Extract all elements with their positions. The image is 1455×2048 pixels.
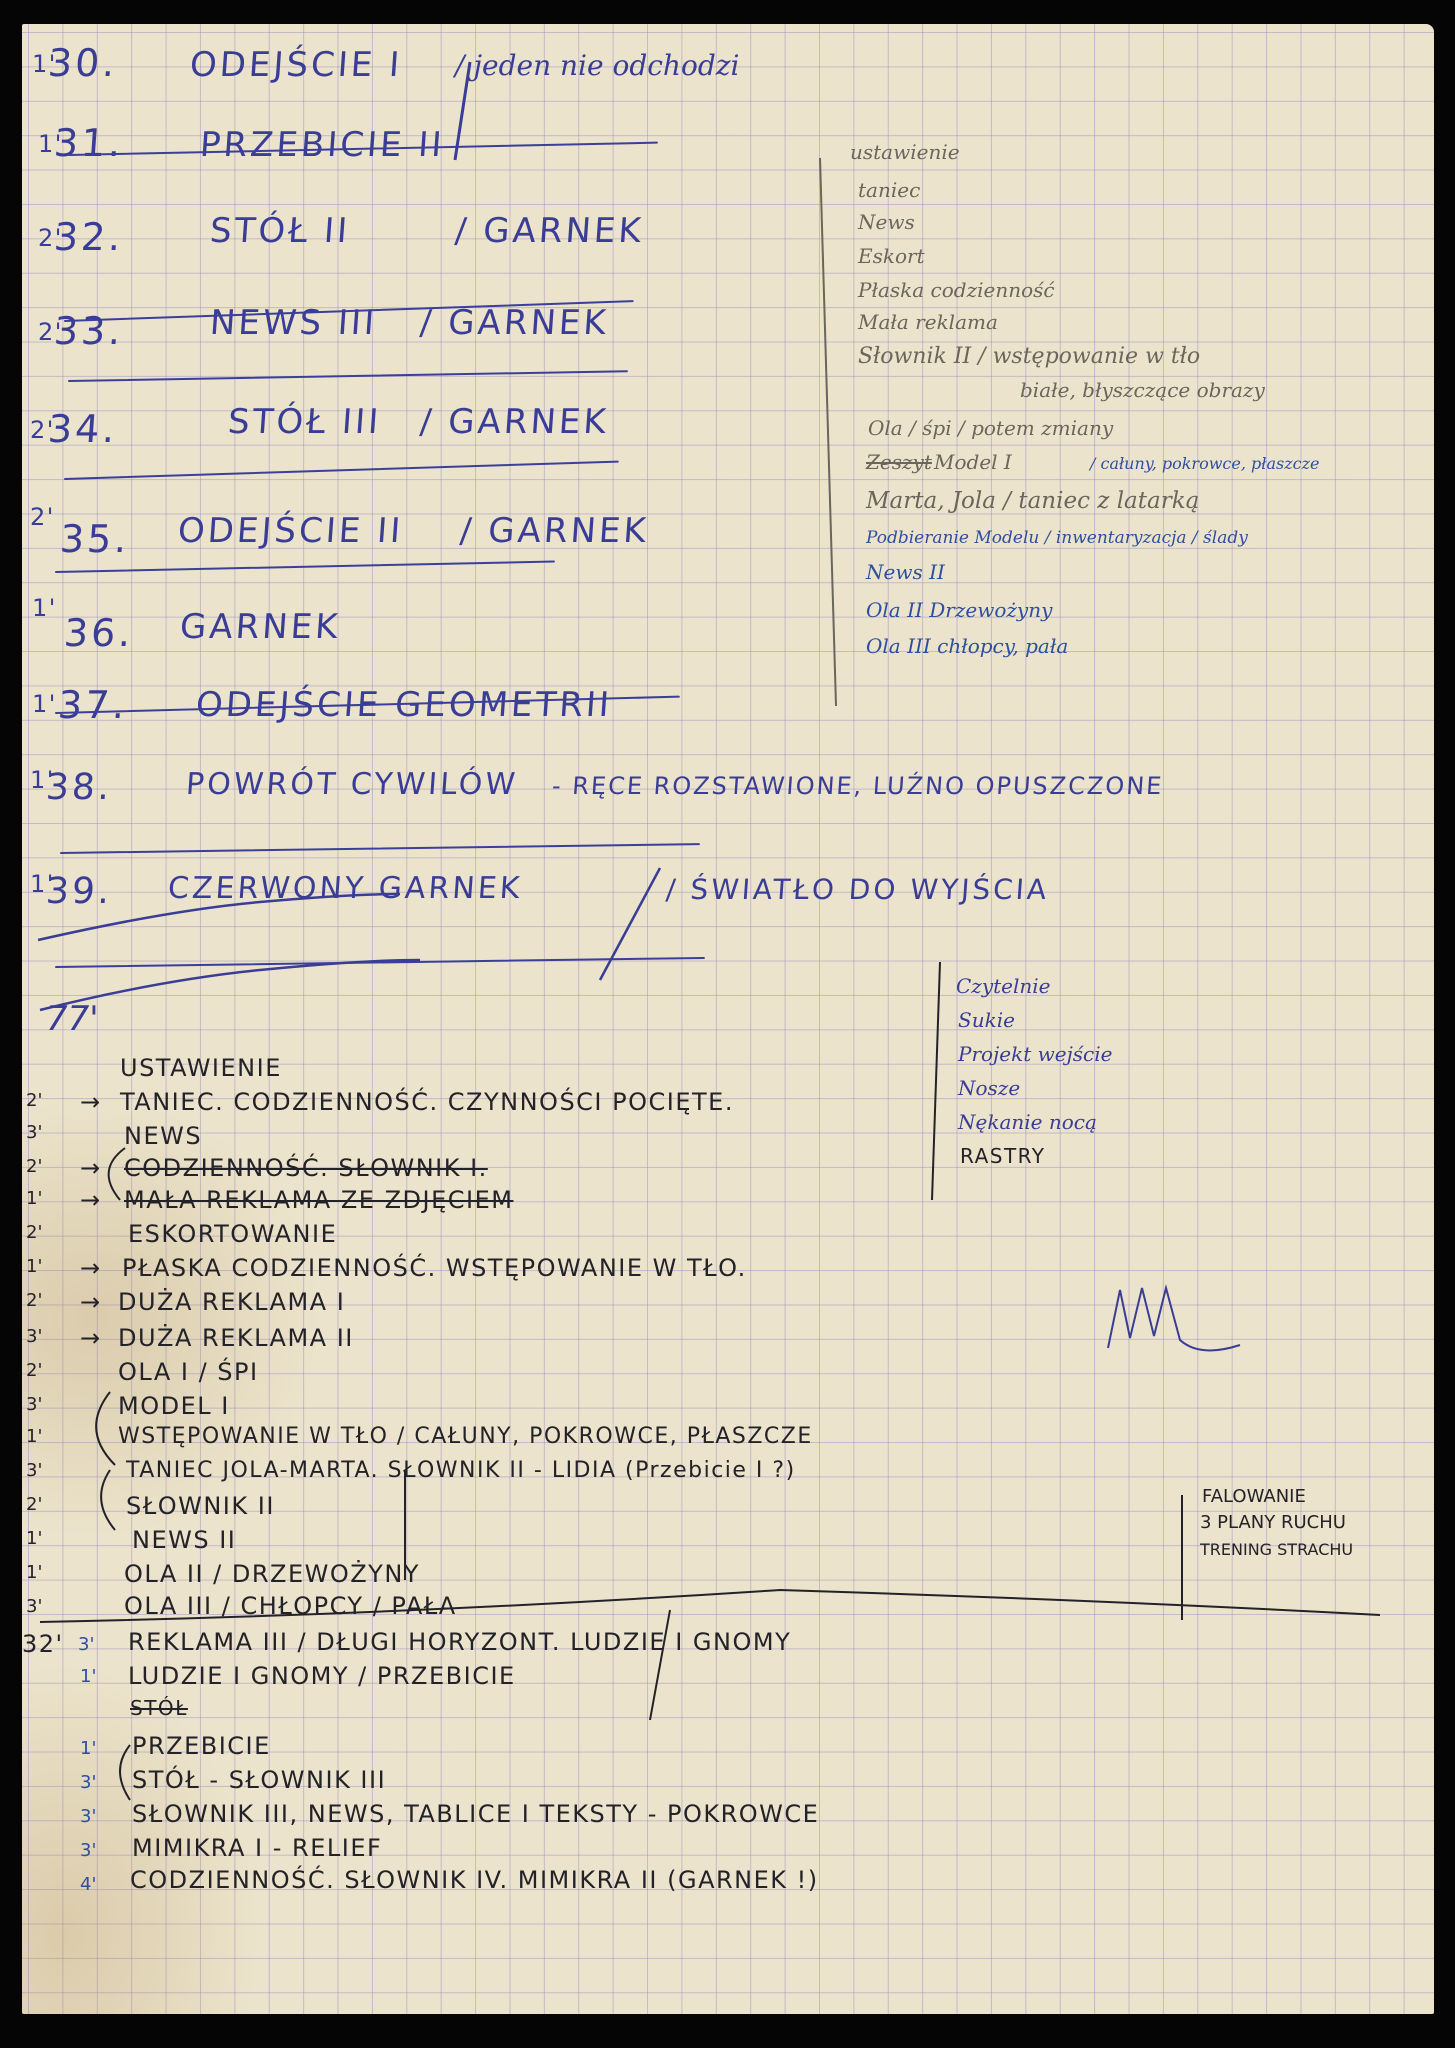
- program-item-struck: STÓŁ: [130, 1698, 188, 1718]
- mid-note: Projekt wejście: [958, 1044, 1112, 1064]
- bottom-note: TRENING STRACHU: [1200, 1542, 1353, 1558]
- program-item: DUŻA REKLAMA I: [118, 1290, 345, 1314]
- pencil-note: Płaska codzienność: [858, 280, 1055, 300]
- total-time: 77': [46, 1002, 99, 1036]
- program-item: NEWS II: [132, 1528, 236, 1552]
- arrow-icon: →: [80, 1090, 102, 1114]
- program-item: TANIEC. CODZIENNOŚĆ. CZYNNOŚCI POCIĘTE.: [120, 1090, 734, 1114]
- program-time: 1': [26, 1428, 42, 1446]
- program-time: 1': [26, 1530, 42, 1548]
- pencil-note: Ola / śpi / potem zmiany: [868, 418, 1113, 438]
- pencil-note: białe, błyszczące obrazy: [1020, 380, 1265, 400]
- program-time: 3': [26, 1396, 42, 1414]
- program-item: OLA II / DRZEWOŻYNY: [124, 1562, 420, 1586]
- program-item: STÓŁ - SŁOWNIK III: [132, 1768, 386, 1792]
- blue-note: Ola III chłopcy, pała: [866, 636, 1068, 656]
- program-item: CODZIENNOŚĆ. SŁOWNIK IV. MIMIKRA II (GAR…: [130, 1868, 819, 1892]
- bottom-note: 3 PLANY RUCHU: [1200, 1514, 1346, 1532]
- arrow-icon: →: [80, 1326, 102, 1350]
- program-item: LUDZIE I GNOMY / PRZEBICIE: [128, 1664, 516, 1688]
- program-time: 2': [26, 1292, 42, 1310]
- program-item: OLA I / ŚPI: [118, 1360, 259, 1384]
- program-time: 2': [26, 1362, 42, 1380]
- program-item: SŁOWNIK II: [126, 1494, 275, 1518]
- program-item-struck: MAŁA REKLAMA ZE ZDJĘCIEM: [124, 1188, 513, 1212]
- program-time: 3': [80, 1842, 96, 1860]
- pencil-note: ustawienie: [850, 142, 960, 162]
- program-time: 3': [80, 1774, 96, 1792]
- program-item: REKLAMA III / DŁUGI HORYZONT. LUDZIE I G…: [128, 1630, 791, 1654]
- program-item: MIMIKRA I - RELIEF: [132, 1836, 382, 1860]
- program-item: OLA III / CHŁOPCY / PAŁA: [124, 1594, 457, 1618]
- arrow-icon: →: [80, 1188, 102, 1212]
- program-item: WSTĘPOWANIE W TŁO / CAŁUNY, POKROWCE, PŁ…: [118, 1426, 813, 1448]
- pencil-note: Marta, Jola / taniec z latarką: [866, 490, 1199, 513]
- program-time: 3': [80, 1808, 96, 1826]
- program-item: MODEL I: [118, 1394, 230, 1418]
- program-time: 2': [26, 1224, 42, 1242]
- pencil-note: Eskort: [858, 246, 925, 266]
- bottom-note: FALOWANIE: [1202, 1488, 1306, 1506]
- pencil-note: taniec: [858, 180, 920, 200]
- blue-note: / całuny, pokrowce, płaszcze: [1090, 456, 1319, 472]
- program-item: SŁOWNIK III, NEWS, TABLICE I TEKSTY - PO…: [132, 1802, 819, 1826]
- program-time: 2': [26, 1158, 42, 1176]
- program-time: 2': [26, 1496, 42, 1514]
- program-item: USTAWIENIE: [120, 1056, 282, 1080]
- program-time: 2': [26, 1092, 42, 1110]
- program-item: ESKORTOWANIE: [128, 1222, 337, 1246]
- mid-note: Sukie: [958, 1010, 1015, 1030]
- arrow-icon: →: [80, 1256, 102, 1280]
- program-item: TANIEC JOLA-MARTA. SŁOWNIK II - LIDIA (P…: [126, 1460, 796, 1482]
- mid-note: Nękanie nocą: [958, 1112, 1097, 1132]
- program-time: 3': [26, 1598, 42, 1616]
- arrow-icon: →: [80, 1156, 102, 1180]
- program-time: 3': [78, 1636, 94, 1654]
- program-time: 1': [26, 1190, 42, 1208]
- mid-note: Czytelnie: [956, 976, 1051, 996]
- pencil-note: News: [858, 212, 915, 232]
- blue-note: Ola II Drzewożyny: [866, 600, 1052, 620]
- program-time: 3': [26, 1124, 42, 1142]
- pencil-note: Mała reklama: [858, 312, 998, 332]
- program-item: PŁASKA CODZIENNOŚĆ. WSTĘPOWANIE W TŁO.: [122, 1256, 747, 1280]
- program-item-struck: CODZIENNOŚĆ. SŁOWNIK I.: [124, 1156, 488, 1180]
- program-time: 1': [26, 1564, 42, 1582]
- blue-note: News II: [866, 562, 945, 582]
- pencil-note: Słownik II / wstępowanie w tło: [858, 346, 1200, 368]
- program-time: 1': [80, 1740, 96, 1758]
- subtotal-time: 32': [22, 1632, 64, 1656]
- program-time: 3': [26, 1328, 42, 1346]
- program-time: 1': [26, 1258, 42, 1276]
- program-time: 1': [80, 1668, 96, 1686]
- program-time: 4': [80, 1876, 96, 1894]
- program-item: DUŻA REKLAMA II: [118, 1326, 354, 1350]
- program-item: NEWS: [124, 1124, 202, 1148]
- program-item: PRZEBICIE: [132, 1734, 271, 1758]
- mid-note: Nosze: [958, 1078, 1020, 1098]
- pencil-note: Model I: [934, 452, 1012, 472]
- program-time: 3': [26, 1462, 42, 1480]
- arrow-icon: →: [80, 1290, 102, 1314]
- mid-note: RASTRY: [960, 1146, 1046, 1166]
- crossed-note: Zeszyt: [866, 452, 932, 472]
- blue-note: Podbieranie Modelu / inwentaryzacja / śl…: [866, 530, 1248, 547]
